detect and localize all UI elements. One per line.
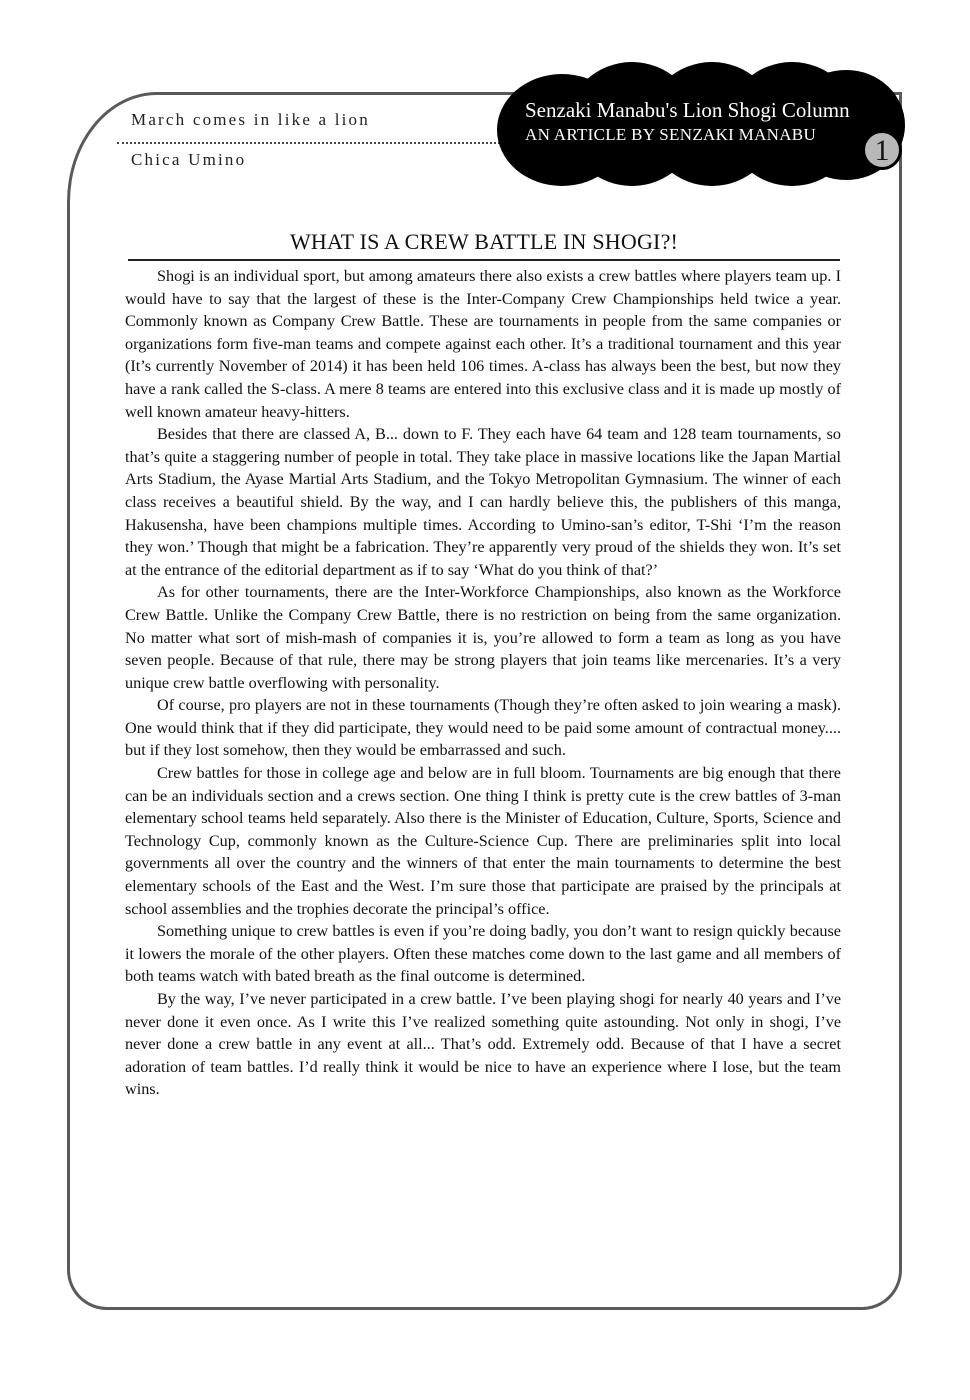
series-title: March comes in like a lion xyxy=(131,110,370,130)
article-paragraph: By the way, I’ve never participated in a… xyxy=(125,988,841,1101)
article-paragraph: Shogi is an individual sport, but among … xyxy=(125,265,841,423)
heading-underline xyxy=(128,259,840,261)
banner-text: Senzaki Manabu's Lion Shogi Column AN AR… xyxy=(525,100,850,143)
column-number-badge: 1 xyxy=(862,130,902,170)
article-paragraph: As for other tournaments, there are the … xyxy=(125,581,841,694)
column-title: Senzaki Manabu's Lion Shogi Column xyxy=(525,100,850,121)
column-subtitle: AN ARTICLE BY SENZAKI MANABU xyxy=(525,126,850,143)
article-heading: WHAT IS A CREW BATTLE IN SHOGI?! xyxy=(128,229,840,255)
author-name: Chica Umino xyxy=(131,150,246,170)
article-paragraph: Something unique to crew battles is even… xyxy=(125,920,841,988)
article-paragraph: Crew battles for those in college age an… xyxy=(125,762,841,920)
dotted-divider xyxy=(117,142,512,144)
article-paragraph: Of course, pro players are not in these … xyxy=(125,694,841,762)
article-paragraph: Besides that there are classed A, B... d… xyxy=(125,423,841,581)
article-body: Shogi is an individual sport, but among … xyxy=(125,265,841,1101)
